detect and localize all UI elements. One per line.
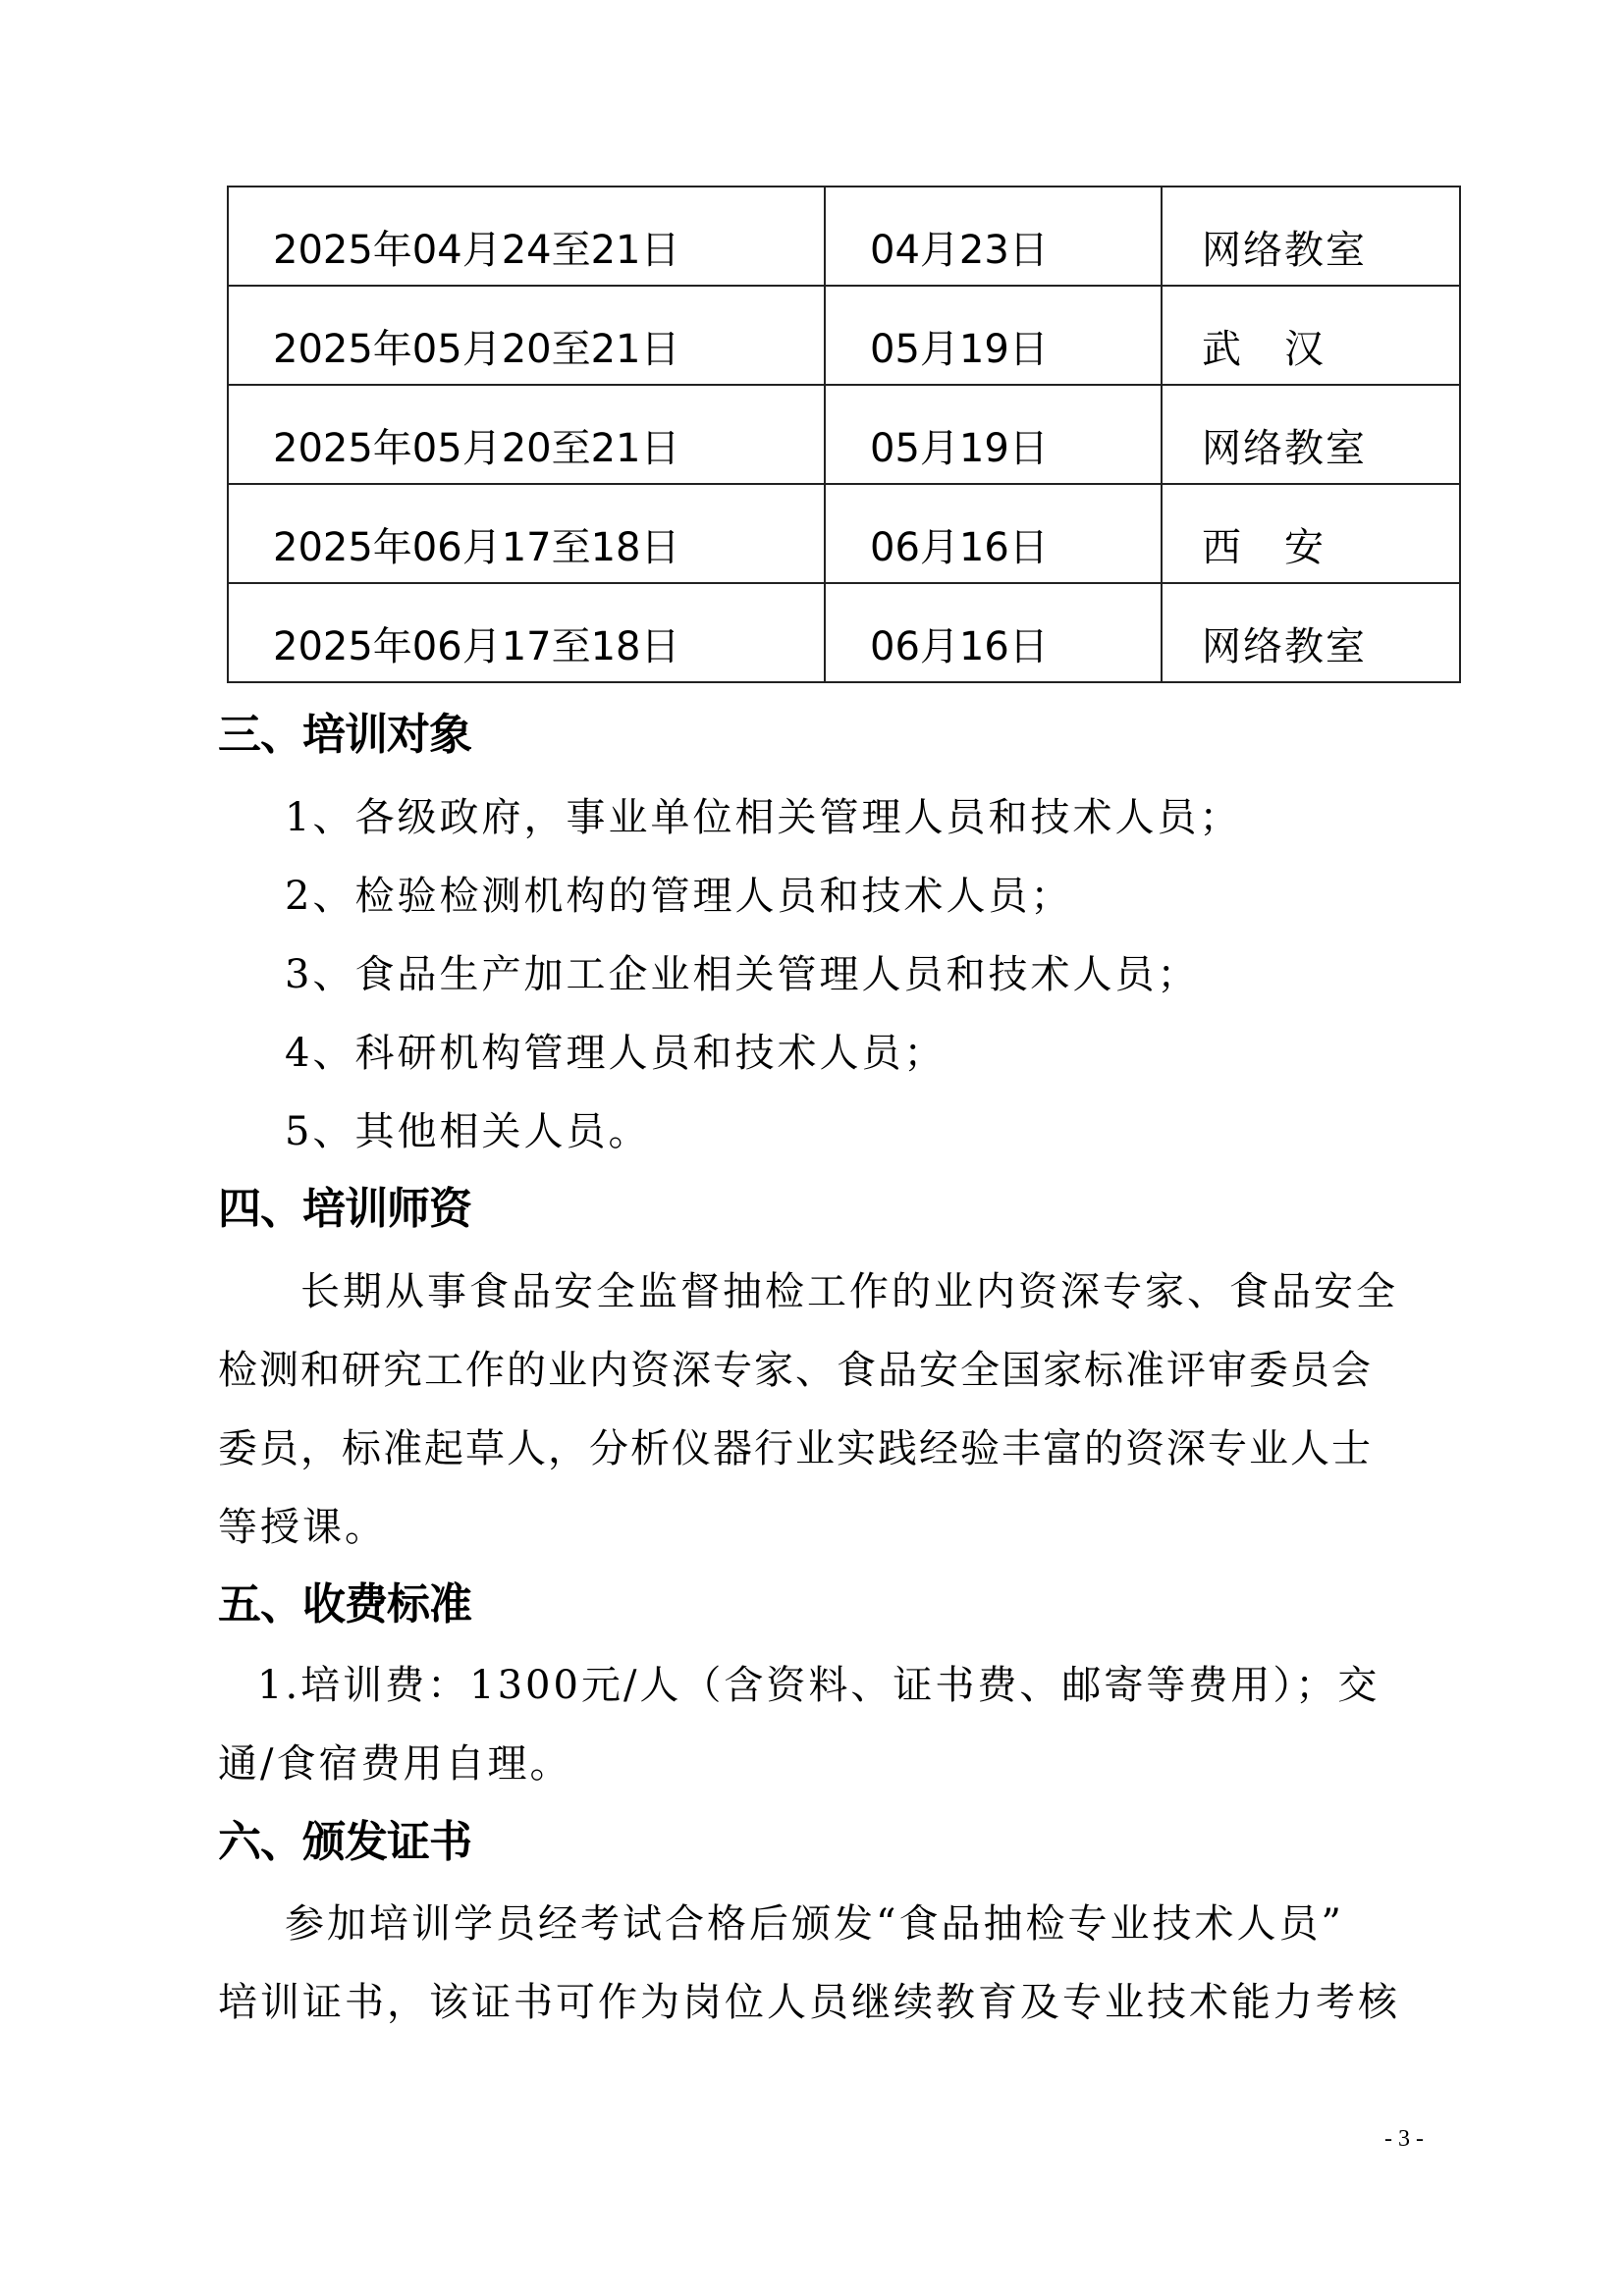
page-number: - 3 - <box>1384 2126 1424 2153</box>
dates-text: 2025年06月17至18日 <box>229 615 824 681</box>
dates-text: 2025年05月20至21日 <box>229 417 824 483</box>
list-item: 5、其他相关人员。 <box>285 1105 650 1158</box>
table-row: 2025年05月20至21日 05月19日 网络教室 <box>228 385 1460 484</box>
cell-location: 网络教室 <box>1162 385 1460 484</box>
cell-register: 06月16日 <box>825 484 1162 583</box>
table-row: 2025年06月17至18日 06月16日 西 安 <box>228 484 1460 583</box>
table-row: 2025年04月24至21日 04月23日 网络教室 <box>228 187 1460 286</box>
section-heading-fees: 五、收费标准 <box>218 1578 471 1631</box>
register-text: 06月16日 <box>826 516 1161 582</box>
paragraph-line: 检测和研究工作的业内资深专家、食品安全国家标准评审委员会 <box>218 1344 1373 1397</box>
cell-dates: 2025年04月24至21日 <box>228 187 825 286</box>
list-item: 1、各级政府，事业单位相关管理人员和技术人员； <box>285 791 1241 844</box>
cell-register: 04月23日 <box>825 187 1162 286</box>
cell-register: 06月16日 <box>825 583 1162 682</box>
paragraph-line: 委员，标准起草人，分析仪器行业实践经验丰富的资深专业人士 <box>218 1422 1373 1475</box>
paragraph-line: 长期从事食品安全监督抽检工作的业内资深专家、食品安全 <box>300 1265 1398 1318</box>
section-heading-trainees: 三、培训对象 <box>218 709 471 762</box>
cell-dates: 2025年05月20至21日 <box>228 286 825 385</box>
location-text: 网络教室 <box>1163 417 1459 483</box>
location-text: 网络教室 <box>1163 615 1459 681</box>
location-text: 西 安 <box>1163 516 1459 582</box>
cell-location: 西 安 <box>1162 484 1460 583</box>
list-item: 3、食品生产加工企业相关管理人员和技术人员； <box>285 948 1199 1001</box>
table-row: 2025年06月17至18日 06月16日 网络教室 <box>228 583 1460 682</box>
cell-register: 05月19日 <box>825 286 1162 385</box>
paragraph-line: 参加培训学员经考试合格后颁发“食品抽检专业技术人员” <box>285 1897 1344 1950</box>
dates-text: 2025年05月20至21日 <box>229 318 824 384</box>
dates-text: 2025年06月17至18日 <box>229 516 824 582</box>
section-heading-certificate: 六、颁发证书 <box>218 1816 471 1869</box>
register-text: 06月16日 <box>826 615 1161 681</box>
location-text: 武 汉 <box>1163 318 1459 384</box>
cell-location: 武 汉 <box>1162 286 1460 385</box>
paragraph-line: 通/食宿费用自理。 <box>218 1737 571 1790</box>
cell-dates: 2025年06月17至18日 <box>228 484 825 583</box>
location-text: 网络教室 <box>1163 219 1459 285</box>
list-item: 4、科研机构管理人员和技术人员； <box>285 1027 946 1080</box>
table-row: 2025年05月20至21日 05月19日 武 汉 <box>228 286 1460 385</box>
list-item: 2、检验检测机构的管理人员和技术人员； <box>285 870 1072 923</box>
cell-register: 05月19日 <box>825 385 1162 484</box>
paragraph-line: 等授课。 <box>218 1501 387 1554</box>
paragraph-line: 1.培训费：1300元/人（含资料、证书费、邮寄等费用）；交 <box>257 1659 1380 1712</box>
register-text: 05月19日 <box>826 318 1161 384</box>
cell-dates: 2025年05月20至21日 <box>228 385 825 484</box>
cell-dates: 2025年06月17至18日 <box>228 583 825 682</box>
register-text: 04月23日 <box>826 219 1161 285</box>
document-page: 2025年04月24至21日 04月23日 网络教室 2025年05月20至21… <box>0 0 1624 2296</box>
section-heading-instructors: 四、培训师资 <box>218 1183 471 1236</box>
cell-location: 网络教室 <box>1162 583 1460 682</box>
cell-location: 网络教室 <box>1162 187 1460 286</box>
dates-text: 2025年04月24至21日 <box>229 219 824 285</box>
schedule-table: 2025年04月24至21日 04月23日 网络教室 2025年05月20至21… <box>227 186 1461 683</box>
paragraph-line: 培训证书，该证书可作为岗位人员继续教育及专业技术能力考核 <box>218 1976 1400 2029</box>
register-text: 05月19日 <box>826 417 1161 483</box>
